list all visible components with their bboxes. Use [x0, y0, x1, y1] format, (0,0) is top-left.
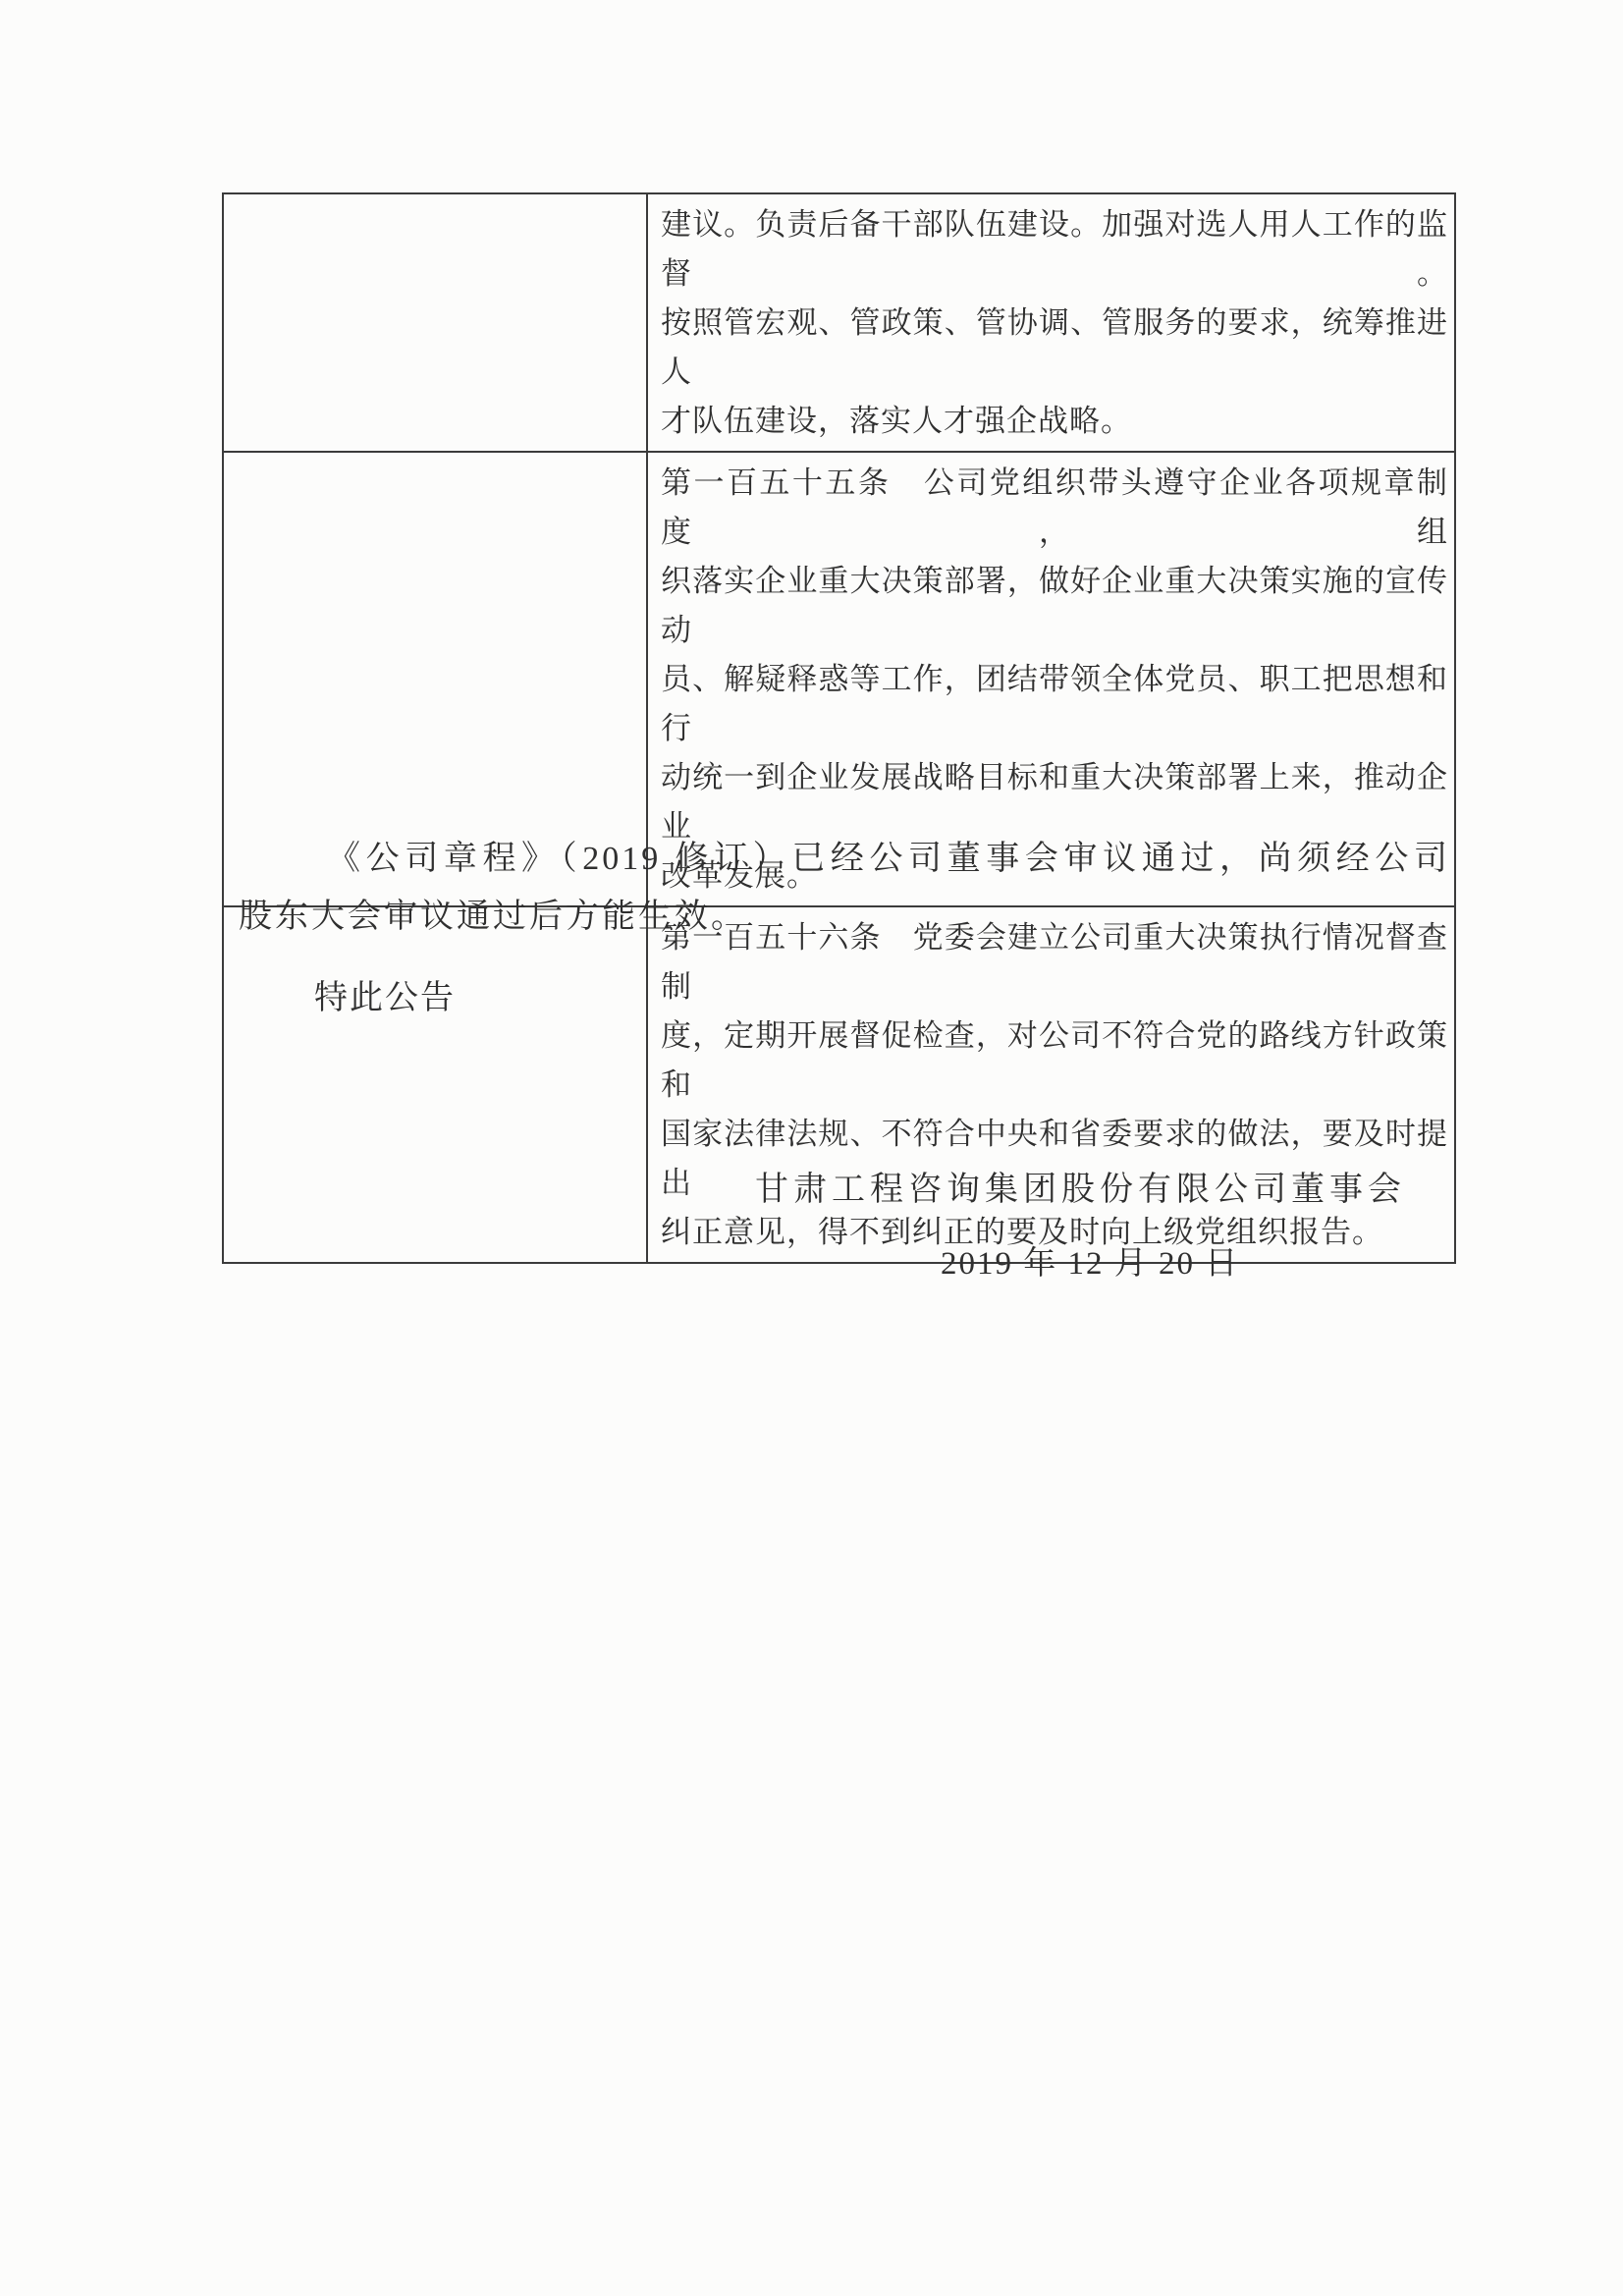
table-row: 建议。负责后备干部队伍建设。加强对选人用人工作的监督。 按照管宏观、管政策、管协… [223, 193, 1455, 452]
closing-paragraph-line: 《公司章程》（2019 修订）已经公司董事会审议通过，尚须经公司 [239, 830, 1450, 888]
cell-line: 才队伍建设，落实人才强企战略。 [661, 397, 1448, 446]
closing-paragraph-line: 股东大会审议通过后方能生效。 [239, 888, 1450, 946]
empty-label-cell [223, 193, 647, 452]
article-154-continuation-cell: 建议。负责后备干部队伍建设。加强对选人用人工作的监督。 按照管宏观、管政策、管协… [647, 193, 1455, 452]
empty-label-cell [223, 906, 647, 1263]
cell-line: 织落实企业重大决策部署，做好企业重大决策实施的宣传动 [661, 557, 1448, 655]
closing-paragraph: 《公司章程》（2019 修订）已经公司董事会审议通过，尚须经公司 股东大会审议通… [239, 830, 1450, 946]
charter-table: 建议。负责后备干部队伍建设。加强对选人用人工作的监督。 按照管宏观、管政策、管协… [222, 192, 1456, 1264]
notice-text: 特此公告 [314, 970, 456, 1018]
document-page: 建议。负责后备干部队伍建设。加强对选人用人工作的监督。 按照管宏观、管政策、管协… [0, 0, 1623, 2296]
signature-date: 2019 年 12 月 20 日 [941, 1237, 1239, 1284]
cell-line: 员、解疑释惑等工作，团结带领全体党员、职工把思想和行 [661, 655, 1448, 753]
cell-line: 第一百五十五条 公司党组织带头遵守企业各项规章制度，组 [661, 459, 1448, 557]
cell-line: 度，定期开展督促检查，对公司不符合党的路线方针政策和 [661, 1011, 1448, 1110]
signature-company: 甘肃工程咨询集团股份有限公司董事会 [755, 1162, 1406, 1210]
cell-line: 按照管宏观、管政策、管协调、管服务的要求，统筹推进人 [661, 299, 1448, 397]
cell-line: 建议。负责后备干部队伍建设。加强对选人用人工作的监督。 [661, 200, 1448, 299]
